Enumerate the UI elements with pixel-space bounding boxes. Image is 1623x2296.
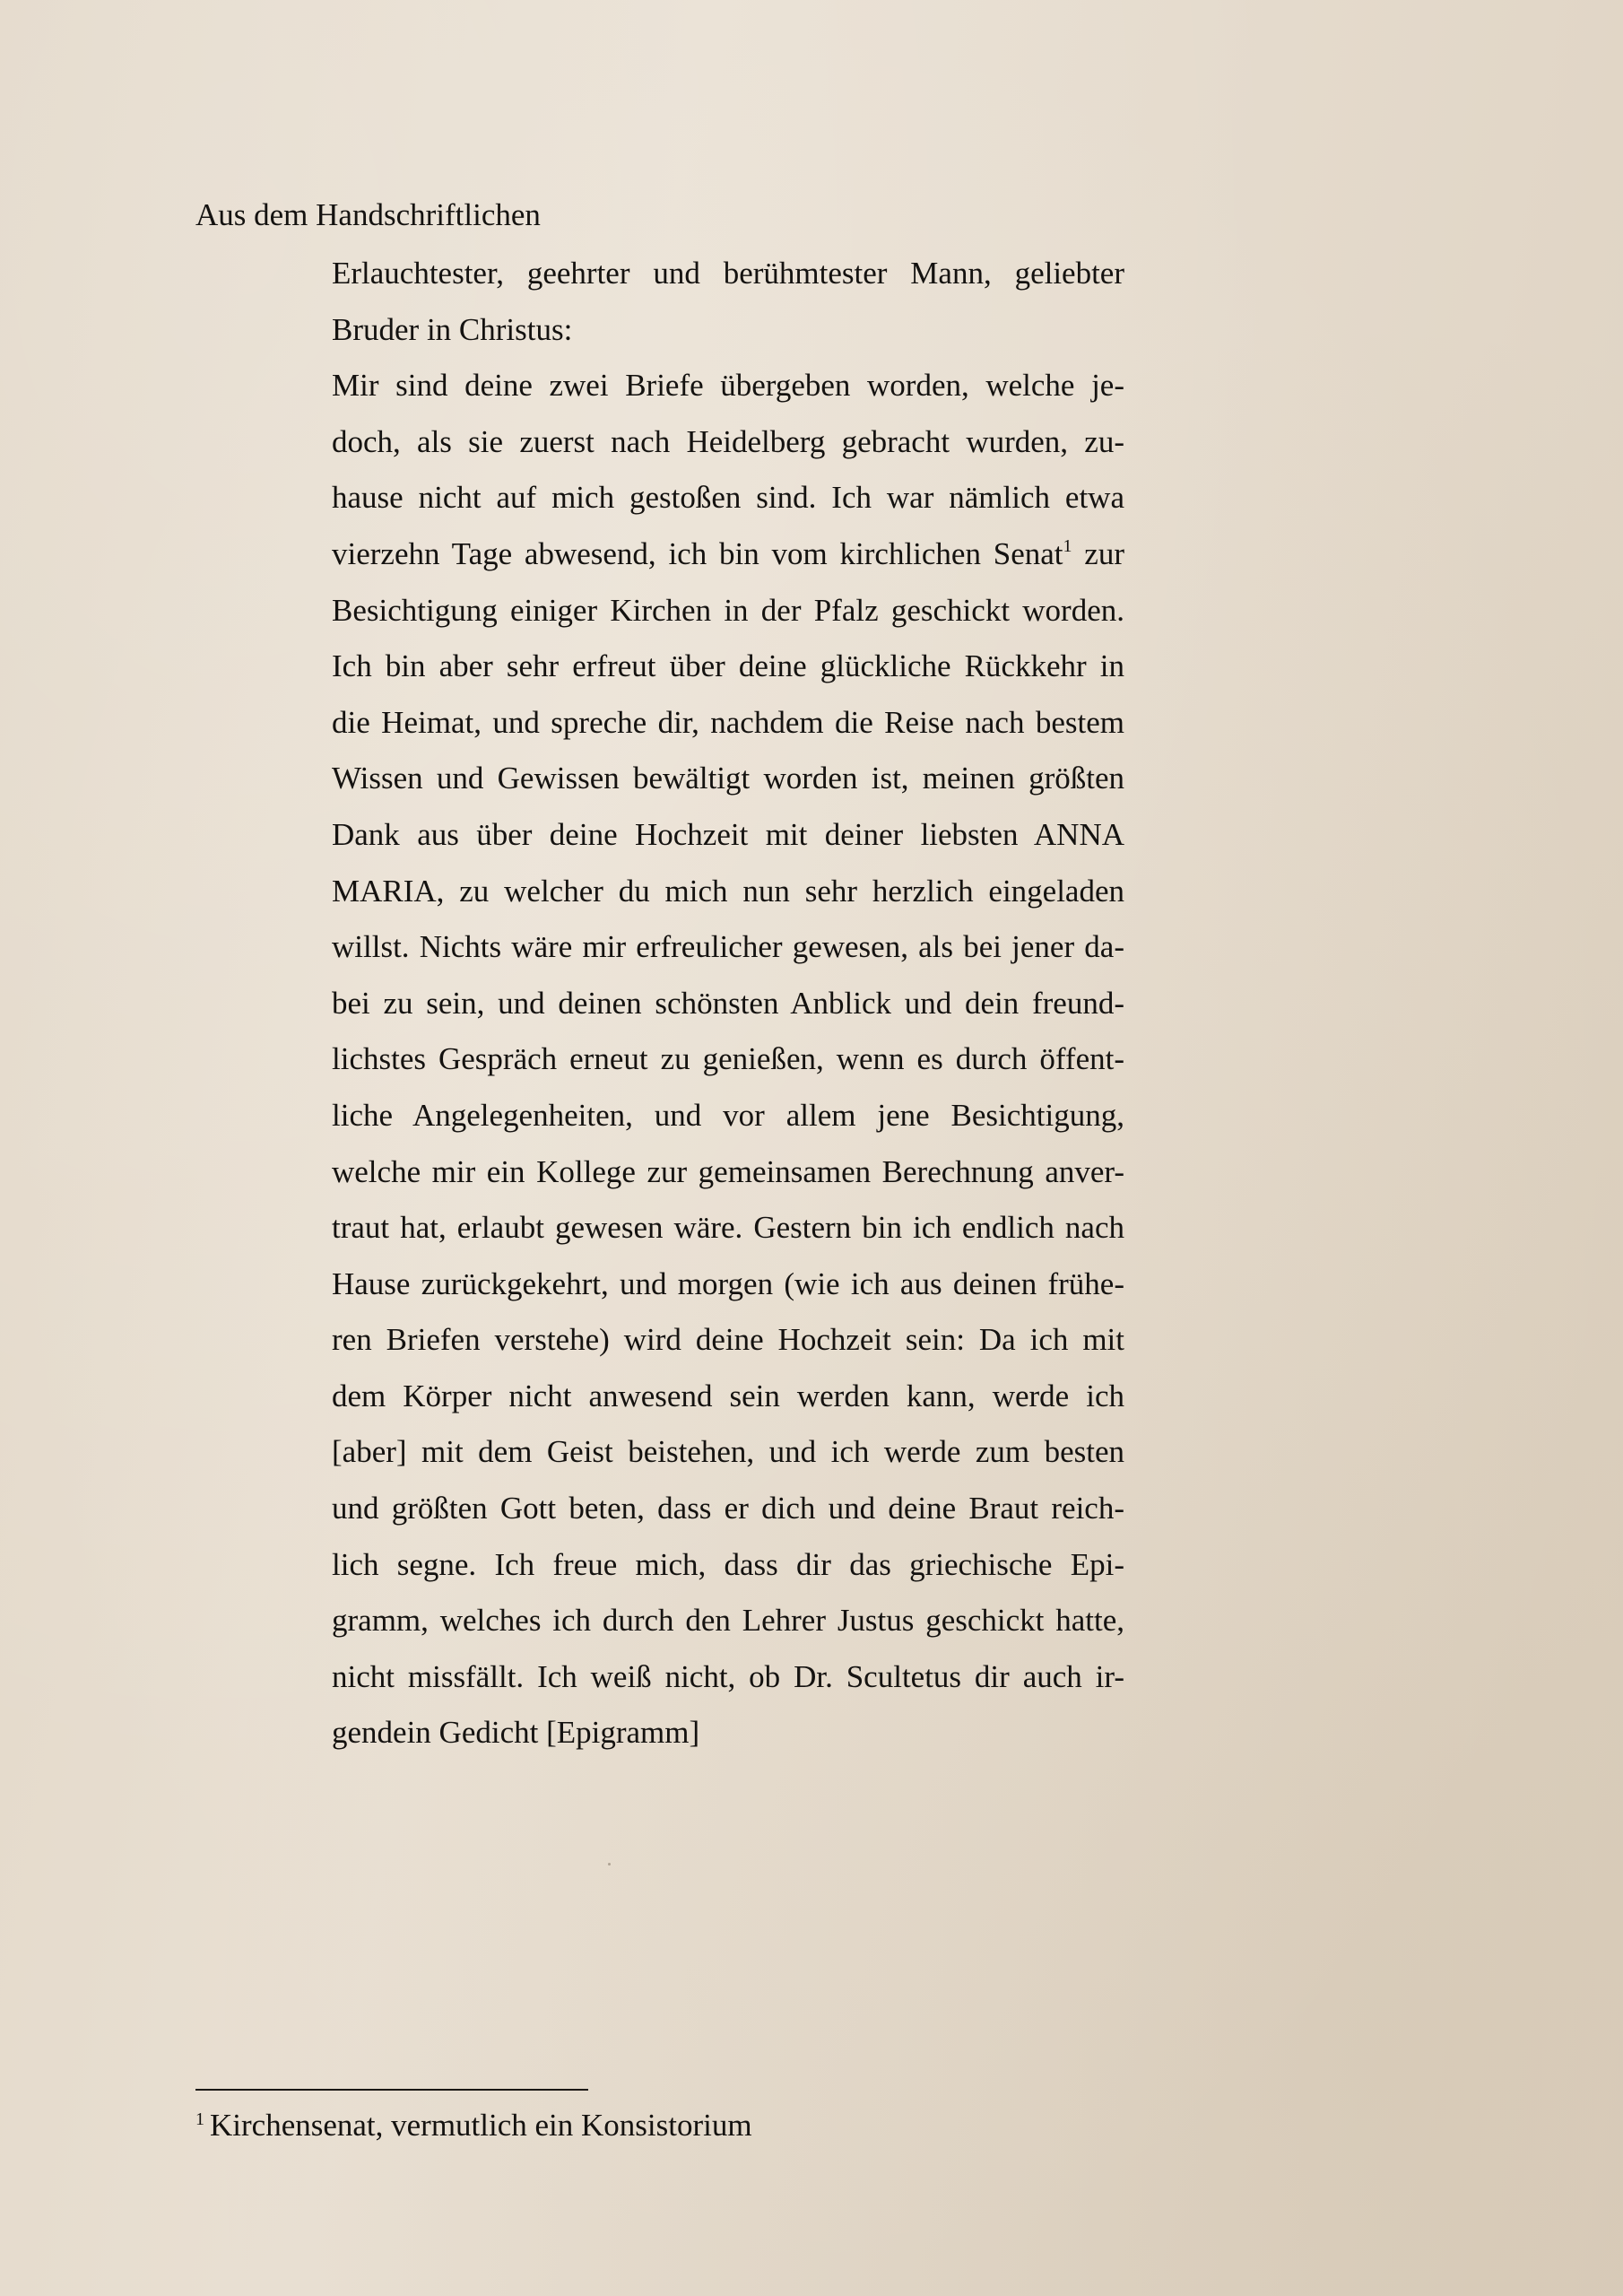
letter-line: liche Angelegenheiten, und vor allem jen… — [332, 1088, 1124, 1144]
line-text: zur — [1072, 536, 1124, 571]
letter-line: doch, als sie zuerst nach Heidelberg geb… — [332, 414, 1124, 471]
letter-line: ren Briefen verstehe) wird deine Hochzei… — [332, 1312, 1124, 1369]
footnote-reference[interactable]: 1 — [1063, 536, 1072, 556]
letter-line: Besichtigung einiger Kirchen in der Pfal… — [332, 583, 1124, 639]
letter-line: bei zu sein, und deinen schönsten Anblic… — [332, 976, 1124, 1032]
letter-line: gendein Gedicht [Epigramm] — [332, 1705, 1124, 1761]
letter-line: welche mir ein Kollege zur gemeinsamen B… — [332, 1144, 1124, 1201]
letter-line: lich segne. Ich freue mich, dass dir das… — [332, 1537, 1124, 1594]
letter-line: lichstes Gespräch erneut zu genießen, we… — [332, 1031, 1124, 1088]
letter-line: hause nicht auf mich gestoßen sind. Ich … — [332, 470, 1124, 526]
letter-line: traut hat, erlaubt gewesen wäre. Gestern… — [332, 1200, 1124, 1257]
letter-line: MARIA, zu welcher du mich nun sehr herzl… — [332, 864, 1124, 920]
letter-line: und größten Gott beten, dass er dich und… — [332, 1481, 1124, 1537]
footnote: 1Kirchensenat, vermutlich ein Konsistori… — [195, 2106, 752, 2145]
footnote-divider — [195, 2089, 588, 2091]
letter-line-with-footnote-ref: vierzehn Tage abwesend, ich bin vom kirc… — [332, 526, 1124, 583]
letter-line: Hause zurückgekehrt, und morgen (wie ich… — [332, 1257, 1124, 1313]
letter-body: Erlauchtester, geehrter und berühmtester… — [332, 246, 1124, 1761]
letter-line: Erlauchtester, geehrter und berühmtester… — [332, 246, 1124, 302]
running-head: Aus dem Handschriftlichen — [195, 196, 541, 235]
footnote-mark: 1 — [195, 2109, 204, 2129]
letter-line: die Heimat, und spreche dir, nachdem die… — [332, 695, 1124, 752]
letter-line: dem Körper nicht anwesend sein werden ka… — [332, 1369, 1124, 1425]
letter-line: Bruder in Christus: — [332, 302, 1124, 359]
footnote-text: Kirchensenat, vermutlich ein Konsistoriu… — [210, 2108, 752, 2143]
letter-line: willst. Nichts wäre mir erfreulicher gew… — [332, 919, 1124, 976]
letter-line: gramm, welches ich durch den Lehrer Just… — [332, 1593, 1124, 1649]
letter-line: Ich bin aber sehr erfreut über deine glü… — [332, 639, 1124, 695]
line-text: vierzehn Tage abwesend, ich bin vom kirc… — [332, 536, 1063, 571]
letter-line: nicht missfällt. Ich weiß nicht, ob Dr. … — [332, 1649, 1124, 1706]
letter-line: Dank aus über deine Hochzeit mit deiner … — [332, 807, 1124, 864]
letter-line: Wissen und Gewissen bewältigt worden ist… — [332, 751, 1124, 807]
paper-speck — [608, 1863, 611, 1865]
letter-line: [aber] mit dem Geist beistehen, und ich … — [332, 1424, 1124, 1481]
letter-line: Mir sind deine zwei Briefe übergeben wor… — [332, 358, 1124, 414]
document-page: Aus dem Handschriftlichen Erlauchtester,… — [0, 0, 1623, 2296]
